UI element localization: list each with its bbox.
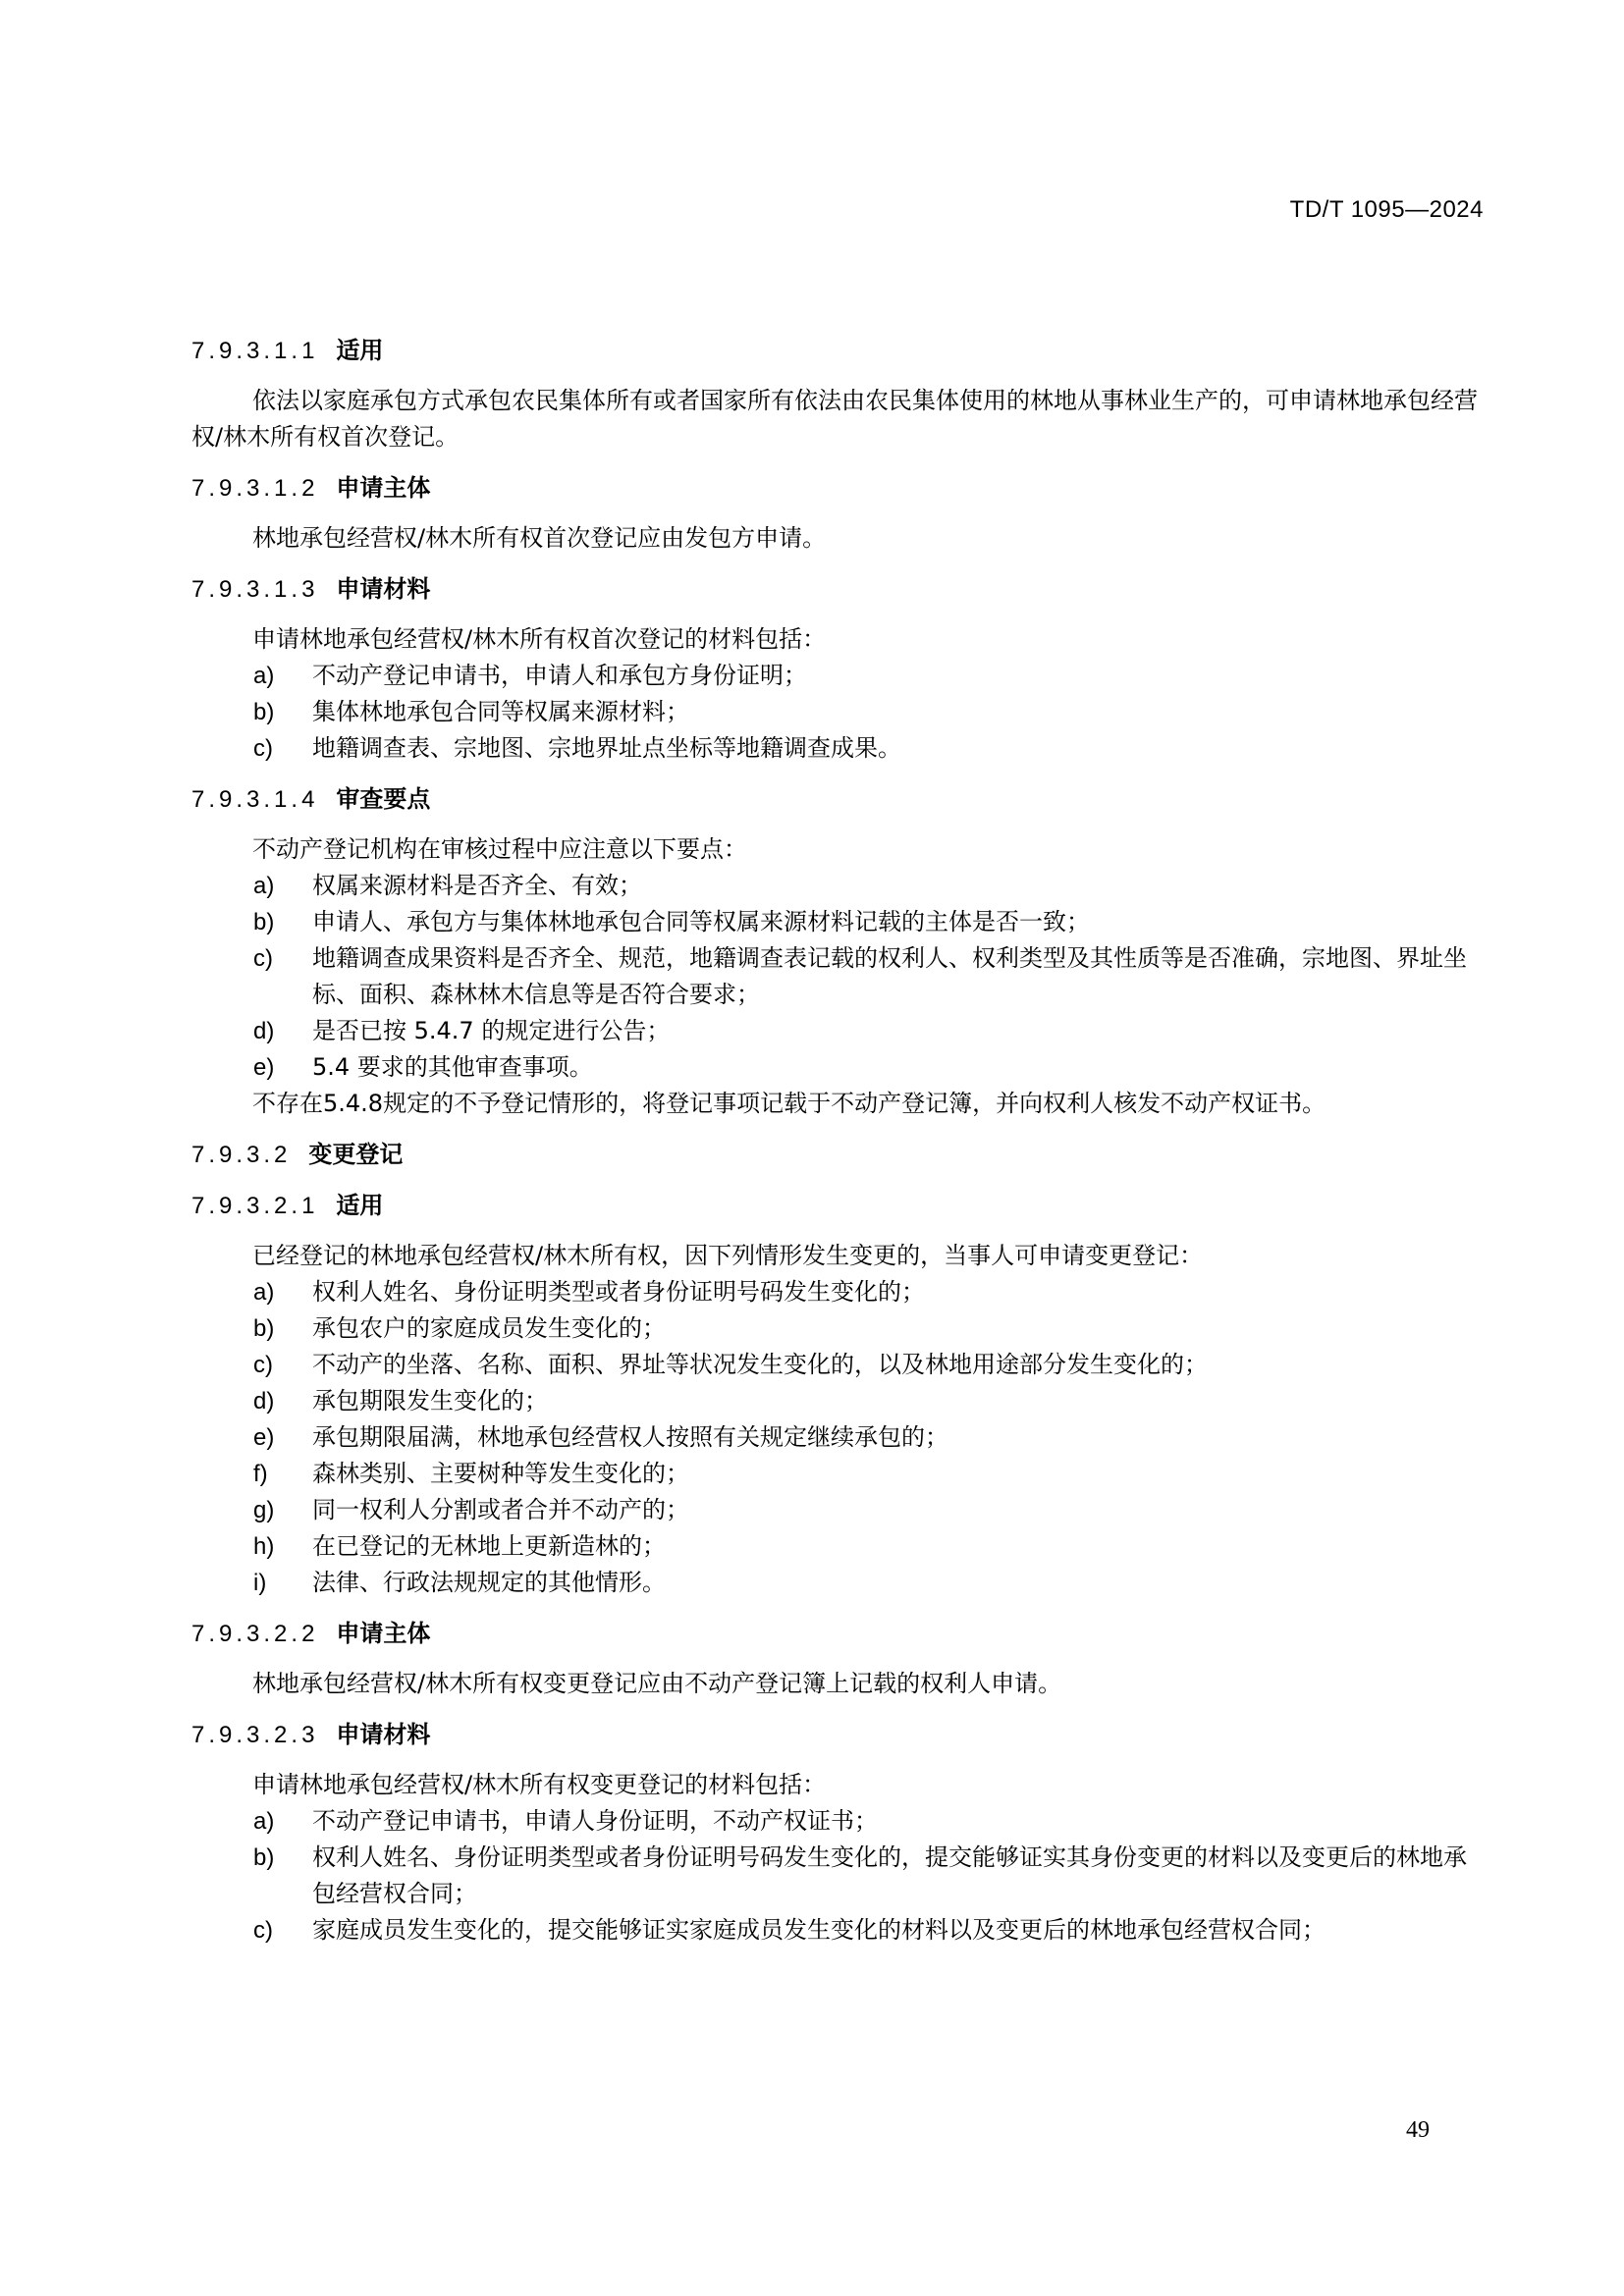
list-item: i)法律、行政法规规定的其他情形。 <box>191 1565 1486 1601</box>
list-marker: c) <box>253 730 273 767</box>
list-text: 权属来源材料是否齐全、有效； <box>312 872 642 899</box>
section-heading: 7.9.3.1.4审查要点 <box>191 780 1486 818</box>
list-item: b)承包农户的家庭成员发生变化的； <box>191 1310 1486 1347</box>
section-title: 申请主体 <box>336 1620 430 1647</box>
list-item: b)权利人姓名、身份证明类型或者身份证明号码发生变化的，提交能够证实其身份变更的… <box>191 1840 1486 1912</box>
list-marker: a) <box>253 868 274 904</box>
list-text: 不动产登记申请书，申请人和承包方身份证明； <box>312 662 807 689</box>
list-item: b)集体林地承包合同等权属来源材料； <box>191 694 1486 730</box>
section-number: 7.9.3.1.2 <box>191 475 318 502</box>
paragraph: 林地承包经营权/林木所有权首次登记应由发包方申请。 <box>191 520 1486 557</box>
list-marker: b) <box>253 1310 274 1347</box>
list-text: 集体林地承包合同等权属来源材料； <box>312 698 689 725</box>
list-marker: c) <box>253 1347 273 1383</box>
materials-list: a)不动产登记申请书，申请人和承包方身份证明； b)集体林地承包合同等权属来源材… <box>191 658 1486 767</box>
section-title: 申请主体 <box>336 474 430 502</box>
page-number: 49 <box>1406 2117 1430 2144</box>
list-text: 不动产的坐落、名称、面积、界址等状况发生变化的，以及林地用途部分发生变化的； <box>312 1351 1208 1378</box>
change-materials-list: a)不动产登记申请书，申请人身份证明，不动产权证书； b)权利人姓名、身份证明类… <box>191 1803 1486 1949</box>
list-intro: 申请林地承包经营权/林木所有权变更登记的材料包括： <box>191 1767 1486 1803</box>
section-number: 7.9.3.2 <box>191 1142 291 1168</box>
list-marker: a) <box>253 658 274 694</box>
list-intro: 不动产登记机构在审核过程中应注意以下要点： <box>191 831 1486 868</box>
list-marker: d) <box>253 1383 274 1419</box>
list-item: a)不动产登记申请书，申请人身份证明，不动产权证书； <box>191 1803 1486 1840</box>
section-title: 变更登记 <box>308 1141 403 1168</box>
list-text: 森林类别、主要树种等发生变化的； <box>312 1460 689 1487</box>
section-heading: 7.9.3.2.1适用 <box>191 1187 1486 1224</box>
list-text: 地籍调查成果资料是否齐全、规范，地籍调查表记载的权利人、权利类型及其性质等是否准… <box>312 944 1467 1008</box>
section-number: 7.9.3.1.4 <box>191 786 318 813</box>
list-item: a)权属来源材料是否齐全、有效； <box>191 868 1486 904</box>
list-item: a)权利人姓名、身份证明类型或者身份证明号码发生变化的； <box>191 1274 1486 1310</box>
list-item: e)承包期限届满，林地承包经营权人按照有关规定继续承包的； <box>191 1419 1486 1456</box>
list-item: c)地籍调查成果资料是否齐全、规范，地籍调查表记载的权利人、权利类型及其性质等是… <box>191 940 1486 1013</box>
list-item: f)森林类别、主要树种等发生变化的； <box>191 1456 1486 1492</box>
section-heading: 7.9.3.1.1适用 <box>191 332 1486 369</box>
list-item: h)在已登记的无林地上更新造林的； <box>191 1528 1486 1565</box>
document-id: TD/T 1095—2024 <box>1290 196 1484 224</box>
change-cases-list: a)权利人姓名、身份证明类型或者身份证明号码发生变化的； b)承包农户的家庭成员… <box>191 1274 1486 1601</box>
list-intro: 已经登记的林地承包经营权/林木所有权，因下列情形发生变更的，当事人可申请变更登记… <box>191 1238 1486 1274</box>
list-item: d)是否已按 5.4.7 的规定进行公告； <box>191 1013 1486 1049</box>
list-text: 权利人姓名、身份证明类型或者身份证明号码发生变化的，提交能够证实其身份变更的材料… <box>312 1843 1467 1907</box>
section-number: 7.9.3.1.3 <box>191 576 318 603</box>
list-item: e)5.4 要求的其他审查事项。 <box>191 1049 1486 1086</box>
list-text: 家庭成员发生变化的，提交能够证实家庭成员发生变化的材料以及变更后的林地承包经营权… <box>312 1916 1326 1944</box>
paragraph: 不存在5.4.8规定的不予登记情形的，将登记事项记载于不动产登记簿，并向权利人核… <box>191 1086 1486 1122</box>
list-marker: a) <box>253 1803 274 1840</box>
section-title: 申请材料 <box>336 1721 430 1748</box>
list-marker: g) <box>253 1492 274 1528</box>
section-heading: 7.9.3.2.2申请主体 <box>191 1615 1486 1652</box>
list-marker: e) <box>253 1419 274 1456</box>
paragraph: 依法以家庭承包方式承包农民集体所有或者国家所有依法由农民集体使用的林地从事林业生… <box>191 383 1486 455</box>
list-item: c)地籍调查表、宗地图、宗地界址点坐标等地籍调查成果。 <box>191 730 1486 767</box>
section-heading: 7.9.3.2变更登记 <box>191 1136 1486 1173</box>
list-item: b)申请人、承包方与集体林地承包合同等权属来源材料记载的主体是否一致； <box>191 904 1486 940</box>
list-marker: f) <box>253 1456 268 1492</box>
list-item: c)不动产的坐落、名称、面积、界址等状况发生变化的，以及林地用途部分发生变化的； <box>191 1347 1486 1383</box>
section-number: 7.9.3.2.1 <box>191 1193 318 1219</box>
section-number: 7.9.3.2.3 <box>191 1722 318 1748</box>
list-marker: b) <box>253 904 274 940</box>
list-marker: c) <box>253 1912 273 1949</box>
list-item: g)同一权利人分割或者合并不动产的； <box>191 1492 1486 1528</box>
list-item: c)家庭成员发生变化的，提交能够证实家庭成员发生变化的材料以及变更后的林地承包经… <box>191 1912 1486 1949</box>
section-title: 申请材料 <box>336 575 430 603</box>
list-text: 在已登记的无林地上更新造林的； <box>312 1532 666 1560</box>
section-heading: 7.9.3.2.3申请材料 <box>191 1716 1486 1753</box>
list-intro: 申请林地承包经营权/林木所有权首次登记的材料包括： <box>191 621 1486 658</box>
list-text: 承包期限发生变化的； <box>312 1387 548 1415</box>
list-text: 承包农户的家庭成员发生变化的； <box>312 1314 666 1342</box>
section-title: 适用 <box>336 1192 383 1219</box>
list-marker: e) <box>253 1049 274 1086</box>
list-text: 同一权利人分割或者合并不动产的； <box>312 1496 689 1523</box>
paragraph: 林地承包经营权/林木所有权变更登记应由不动产登记簿上记载的权利人申请。 <box>191 1666 1486 1702</box>
list-marker: i) <box>253 1565 266 1601</box>
list-item: a)不动产登记申请书，申请人和承包方身份证明； <box>191 658 1486 694</box>
section-title: 审查要点 <box>336 785 430 813</box>
list-text: 承包期限届满，林地承包经营权人按照有关规定继续承包的； <box>312 1423 948 1451</box>
list-text: 权利人姓名、身份证明类型或者身份证明号码发生变化的； <box>312 1278 925 1306</box>
review-points-list: a)权属来源材料是否齐全、有效； b)申请人、承包方与集体林地承包合同等权属来源… <box>191 868 1486 1086</box>
section-heading: 7.9.3.1.2申请主体 <box>191 469 1486 507</box>
list-text: 申请人、承包方与集体林地承包合同等权属来源材料记载的主体是否一致； <box>312 908 1090 935</box>
section-heading: 7.9.3.1.3申请材料 <box>191 570 1486 608</box>
list-marker: b) <box>253 694 274 730</box>
section-number: 7.9.3.2.2 <box>191 1621 318 1647</box>
document-body: 7.9.3.1.1适用 依法以家庭承包方式承包农民集体所有或者国家所有依法由农民… <box>191 332 1486 1949</box>
list-marker: d) <box>253 1013 274 1049</box>
list-marker: a) <box>253 1274 274 1310</box>
list-marker: b) <box>253 1840 274 1876</box>
list-marker: c) <box>253 940 273 977</box>
section-title: 适用 <box>336 337 383 364</box>
list-text: 是否已按 5.4.7 的规定进行公告； <box>312 1017 670 1044</box>
section-number: 7.9.3.1.1 <box>191 338 318 364</box>
list-item: d)承包期限发生变化的； <box>191 1383 1486 1419</box>
list-text: 不动产登记申请书，申请人身份证明，不动产权证书； <box>312 1807 878 1835</box>
list-text: 地籍调查表、宗地图、宗地界址点坐标等地籍调查成果。 <box>312 734 901 762</box>
list-marker: h) <box>253 1528 274 1565</box>
list-text: 法律、行政法规规定的其他情形。 <box>312 1569 666 1596</box>
list-text: 5.4 要求的其他审查事项。 <box>312 1053 593 1081</box>
